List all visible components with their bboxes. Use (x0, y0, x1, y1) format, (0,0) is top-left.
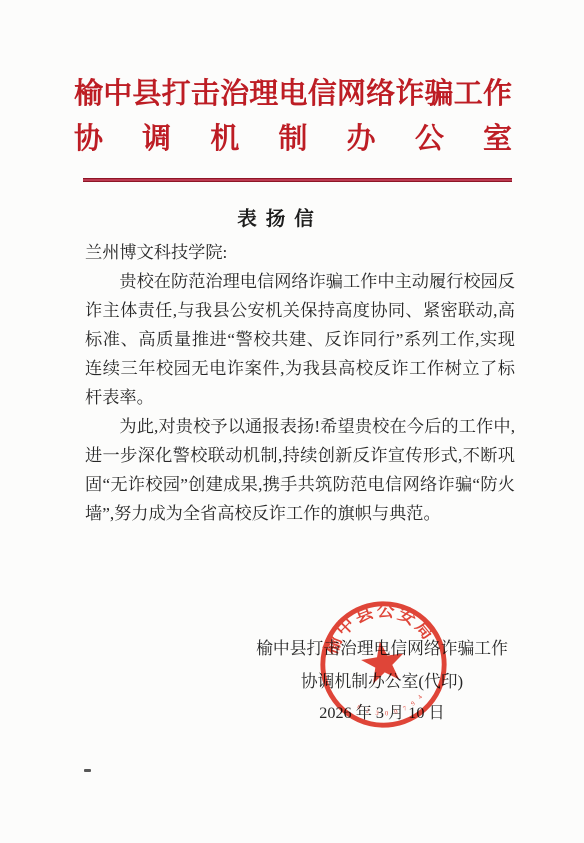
signature-org-line1: 榆中县打击治理电信网络诈骗工作 (250, 638, 514, 660)
body-paragraph-2: 为此,对贵校予以通报表扬!希望贵校在今后的工作中,进一步深化警校联动机制,持续创… (85, 412, 515, 528)
salutation: 兰州博文科技学院: (85, 238, 515, 267)
letterhead-org-line1: 榆中县打击治理电信网络诈骗工作 (74, 72, 512, 117)
signature-date: 2026 年 3 月 10 日 (250, 703, 514, 723)
scan-artifact-mark (84, 769, 91, 772)
letterhead: 榆中县打击治理电信网络诈骗工作 协调机制办公室 (74, 72, 512, 162)
letter-body: 兰州博文科技学院: 贵校在防范治理电信网络诈骗工作中主动履行校园反诈主体责任,与… (85, 238, 515, 528)
letterhead-org-line2: 协调机制办公室 (74, 117, 512, 162)
signature-block: 榆中县打击治理电信网络诈骗工作 协调机制办公室(代印) 2026 年 3 月 1… (250, 638, 514, 723)
body-paragraph-1: 贵校在防范治理电信网络诈骗工作中主动履行校园反诈主体责任,与我县公安机关保持高度… (85, 267, 515, 412)
letterhead-divider (83, 178, 512, 182)
letter-title: 表扬信 (0, 203, 560, 231)
signature-org-line2: 协调机制办公室(代印) (250, 671, 514, 693)
commendation-letter-page: 榆中县打击治理电信网络诈骗工作 协调机制办公室 表扬信 兰州博文科技学院: 贵校… (0, 0, 584, 843)
